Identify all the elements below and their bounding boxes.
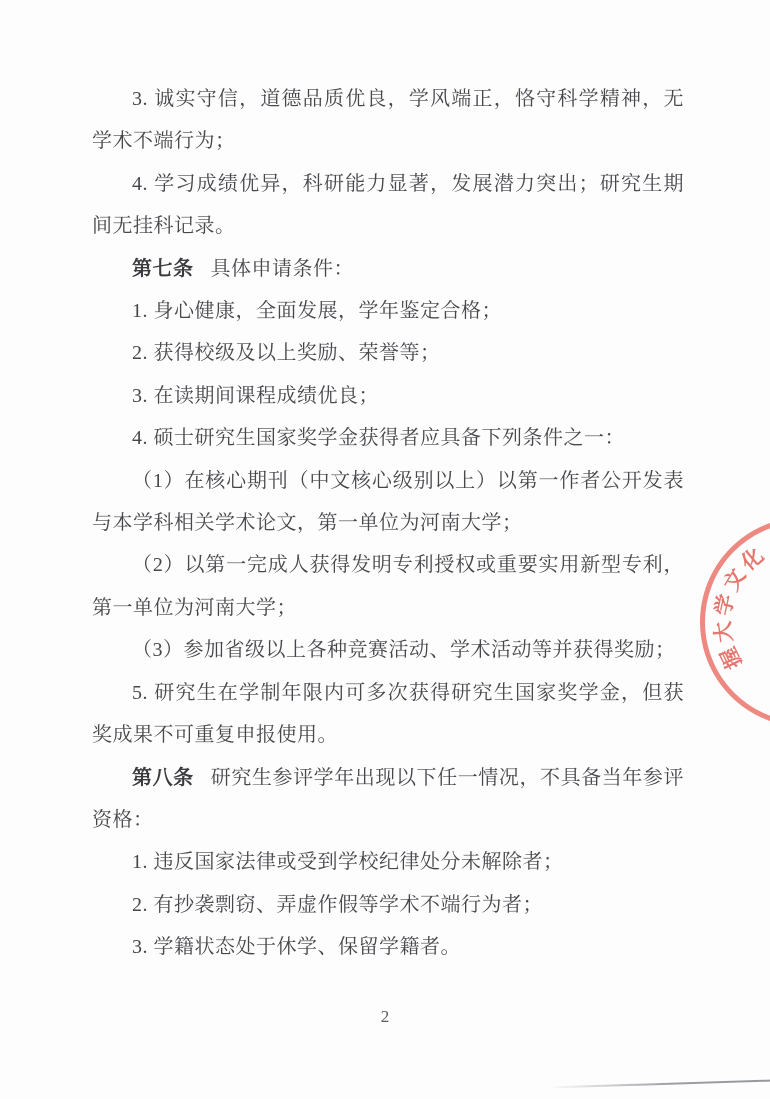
body-paragraph: 2. 获得校级及以上奖励、荣誉等； [92, 332, 684, 374]
body-paragraph: （3）参加省级以上各种竞赛活动、学术活动等并获得奖励； [92, 629, 684, 671]
seal-character: 握 [715, 642, 747, 674]
body-paragraph: 3. 学籍状态处于休学、保留学籍者。 [92, 926, 684, 968]
body-paragraph: （1）在核心期刊（中文核心级别以上）以第一作者公开发表与本学科相关学术论文，第一… [92, 460, 684, 545]
paragraph-text: 4. 硕士研究生国家奖学金获得者应具备下列条件之一： [132, 427, 625, 449]
paragraph-text: 3. 在读期间课程成绩优良； [132, 385, 379, 407]
seal-character: 学 [711, 591, 739, 619]
official-seal-stamp: 化文学大握 [700, 517, 770, 727]
body-paragraph: 4. 学习成绩优异，科研能力显著，发展潜力突出；研究生期间无挂科记录。 [92, 163, 684, 248]
paragraph-text: 3. 诚实守信，道德品质优良，学风端正，恪守科学精神，无学术不端行为； [92, 88, 684, 152]
body-paragraph: （2）以第一完成人获得发明专利授权或重要实用新型专利，第一单位为河南大学； [92, 544, 684, 629]
paragraph-text: 4. 学习成绩优异，科研能力显著，发展潜力突出；研究生期间无挂科记录。 [92, 173, 684, 237]
body-paragraph: 4. 硕士研究生国家奖学金获得者应具备下列条件之一： [92, 417, 684, 459]
paragraph-text: 2. 有抄袭剽窃、弄虚作假等学术不端行为者； [132, 894, 543, 916]
paragraph-text: 1. 违反国家法律或受到学校纪律处分未解除者； [132, 851, 564, 873]
document-page: 3. 诚实守信，道德品质优良，学风端正，恪守科学精神，无学术不端行为；4. 学习… [0, 0, 770, 1099]
article-paragraph: 第八条研究生参评学年出现以下任一情况，不具备当年参评资格： [92, 757, 684, 842]
page-number: 2 [0, 1007, 770, 1027]
paragraph-text: （3）参加省级以上各种竞赛活动、学术活动等并获得奖励； [132, 639, 676, 661]
article-number-label: 第七条 [132, 258, 194, 280]
paragraph-text: （2）以第一完成人获得发明专利授权或重要实用新型专利，第一单位为河南大学； [92, 554, 684, 618]
scan-artifact-line [548, 1079, 770, 1088]
body-paragraph: 1. 违反国家法律或受到学校纪律处分未解除者； [92, 841, 684, 883]
body-paragraph: 1. 身心健康，全面发展，学年鉴定合格； [92, 290, 684, 332]
paragraph-text: （1）在核心期刊（中文核心级别以上）以第一作者公开发表与本学科相关学术论文，第一… [92, 470, 684, 534]
article-number-label: 第八条 [132, 767, 194, 789]
paragraph-text: 5. 研究生在学制年限内可多次获得研究生国家奖学金，但获奖成果不可重复申报使用。 [92, 682, 684, 746]
seal-character: 大 [710, 619, 737, 646]
document-body: 3. 诚实守信，道德品质优良，学风端正，恪守科学精神，无学术不端行为；4. 学习… [92, 78, 684, 969]
body-paragraph: 3. 诚实守信，道德品质优良，学风端正，恪守科学精神，无学术不端行为； [92, 78, 684, 163]
paragraph-text: 具体申请条件： [211, 258, 355, 280]
body-paragraph: 3. 在读期间课程成绩优良； [92, 375, 684, 417]
article-paragraph: 第七条具体申请条件： [92, 248, 684, 290]
paragraph-text: 3. 学籍状态处于休学、保留学籍者。 [132, 936, 461, 958]
body-paragraph: 5. 研究生在学制年限内可多次获得研究生国家奖学金，但获奖成果不可重复申报使用。 [92, 672, 684, 757]
paragraph-text: 2. 获得校级及以上奖励、荣誉等； [132, 342, 441, 364]
body-paragraph: 2. 有抄袭剽窃、弄虚作假等学术不端行为者； [92, 884, 684, 926]
paragraph-text: 1. 身心健康，全面发展，学年鉴定合格； [132, 300, 502, 322]
